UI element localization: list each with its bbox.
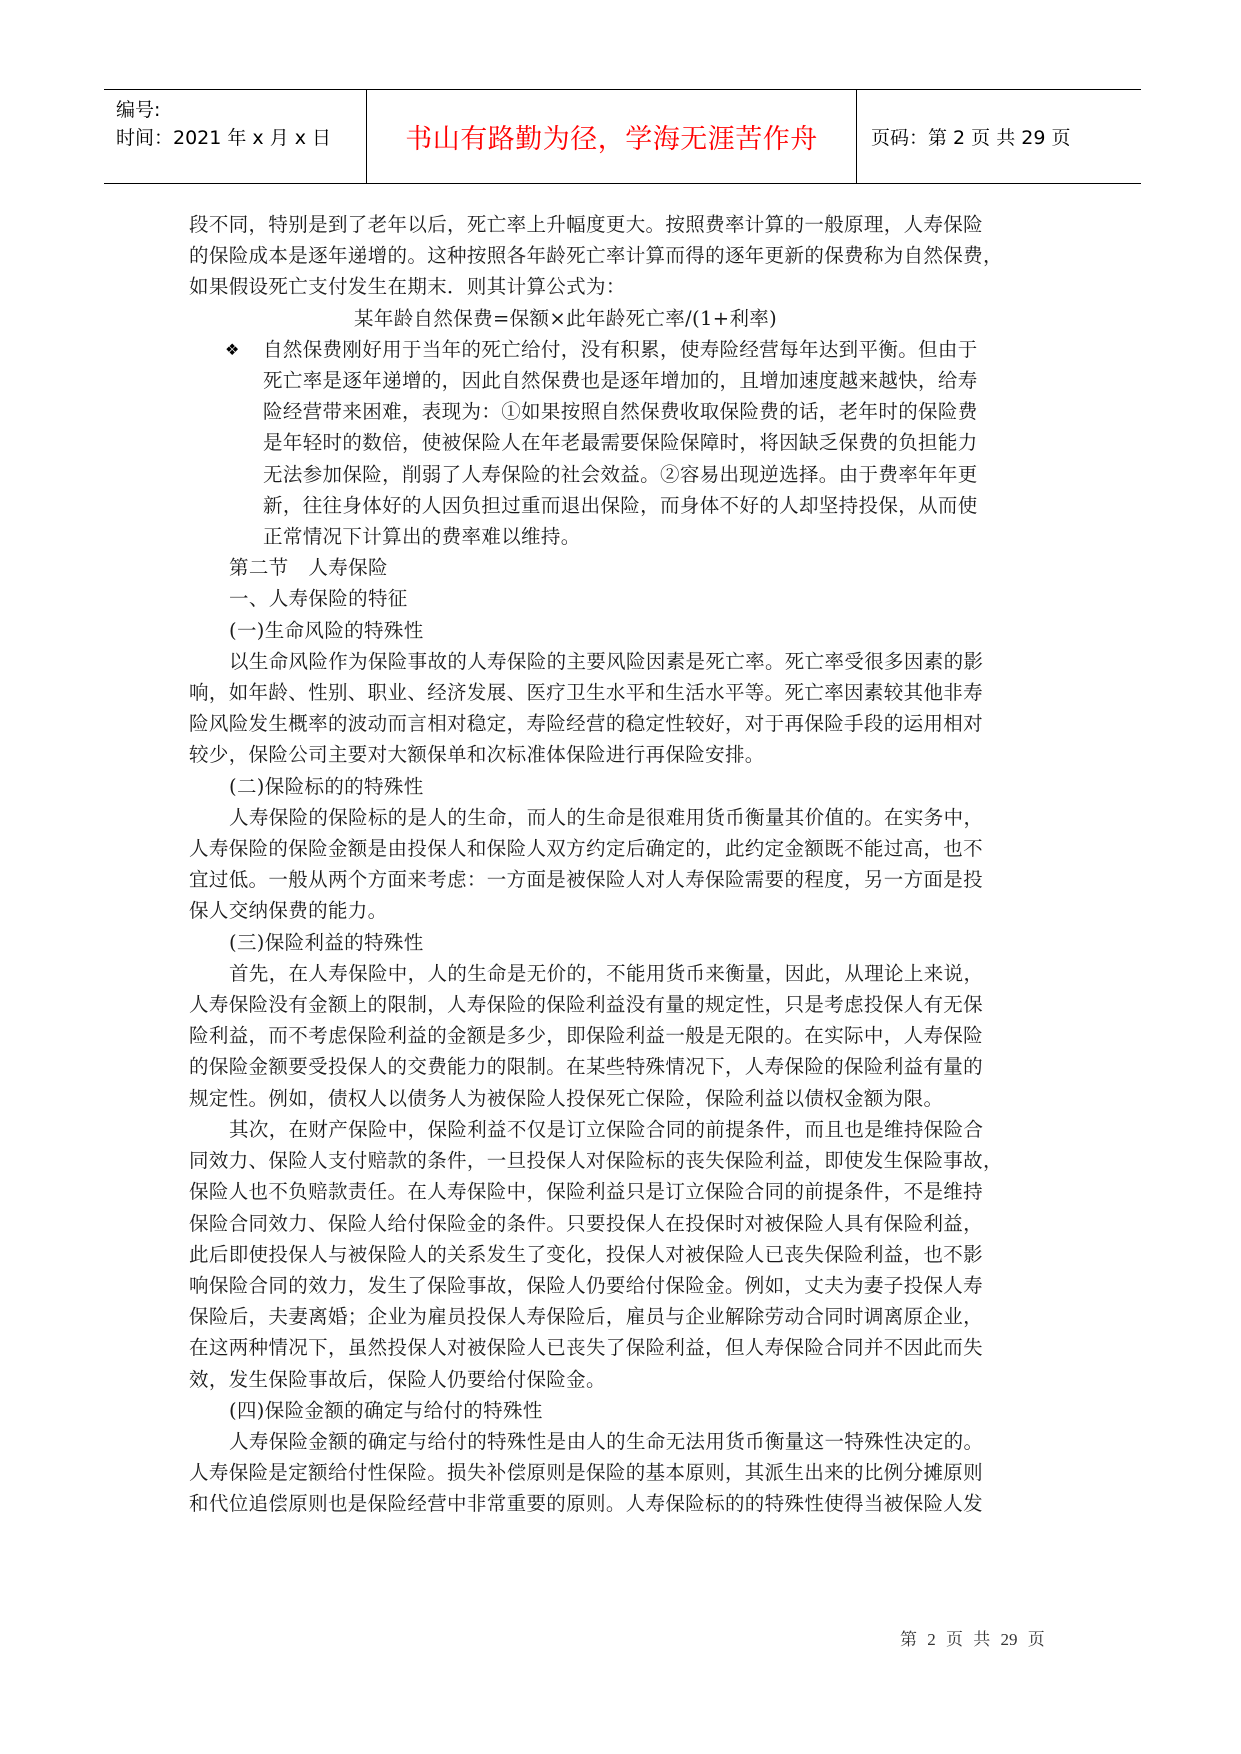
paragraph-line: 和代位追偿原则也是保险经营中非常重要的原则。人寿保险标的的特殊性使得当被保险人发 [189,1488,1069,1519]
paragraph-line: 险利益，而不考虑保险利益的金额是多少，即保险利益一般是无限的。在实际中，人寿保险 [189,1020,1069,1051]
paragraph-line: 人寿保险没有金额上的限制，人寿保险的保险利益没有量的规定性，只是考虑投保人有无保 [189,989,1069,1020]
bullet-line: 自然保费刚好用于当年的死亡给付，没有积累，使寿险经营每年达到平衡。但由于 [263,334,1069,365]
bullet-line: 新，往往身体好的人因负担过重而退出保险，而身体不好的人却坚持投保，从而使 [263,490,1069,521]
paragraph-line: 宜过低。一般从两个方面来考虑：一方面是被保险人对人寿保险需要的程度，另一方面是投 [189,864,1069,895]
paragraph-line: 以生命风险作为保险事故的人寿保险的主要风险因素是死亡率。死亡率受很多因素的影 [189,646,1069,677]
bullet-line: 无法参加保险，削弱了人寿保险的社会效益。②容易出现逆选择。由于费率年年更 [263,459,1069,490]
paragraph-line: 人寿保险是定额给付性保险。损失补偿原则是保险的基本原则，其派生出来的比例分摊原则 [189,1457,1069,1488]
header-page-info: 页码：第 2 页 共 29 页 [857,90,1141,183]
paragraph-line: 较少，保险公司主要对大额保单和次标准体保险进行再保险安排。 [189,739,1069,770]
paragraph-line: 如果假设死亡支付发生在期末．则其计算公式为： [189,271,1069,302]
page-footer: 第 2 页 共 29 页 [900,1625,1045,1650]
diamond-bullet-icon: ❖ [225,334,239,365]
paragraph-line: 险风险发生概率的波动而言相对稳定，寿险经营的稳定性较好，对于再保险手段的运用相对 [189,708,1069,739]
item-title: (二)保险标的的特殊性 [189,771,1069,802]
formula: 某年龄自然保费=保额×此年龄死亡率/(1+利率) [189,303,1069,334]
bullet-line: 险经营带来困难，表现为：①如果按照自然保费收取保险费的话，老年时的保险费 [263,396,1069,427]
paragraph-line: 人寿保险金额的确定与给付的特殊性是由人的生命无法用货币衡量这一特殊性决定的。 [189,1426,1069,1457]
bullet-item: ❖ 自然保费刚好用于当年的死亡给付，没有积累，使寿险经营每年达到平衡。但由于 死… [189,334,1069,552]
paragraph-line: 保险合同效力、保险人给付保险金的条件。只要投保人在投保时对被保险人具有保险利益， [189,1208,1069,1239]
paragraph-line: 响，如年龄、性别、职业、经济发展、医疗卫生水平和生活水平等。死亡率因素较其他非寿 [189,677,1069,708]
item-title: (三)保险利益的特殊性 [189,927,1069,958]
item-title: (一)生命风险的特殊性 [189,615,1069,646]
paragraph-line: 规定性。例如，债权人以债务人为被保险人投保死亡保险，保险利益以债权金额为限。 [189,1083,1069,1114]
paragraph-line: 保险后，夫妻离婚；企业为雇员投保人寿保险后，雇员与企业解除劳动合同时调离原企业， [189,1301,1069,1332]
paragraph-line: 人寿保险的保险标的是人的生命，而人的生命是很难用货币衡量其价值的。在实务中， [189,802,1069,833]
paragraph-line: 保险人也不负赔款责任。在人寿保险中，保险利益只是订立保险合同的前提条件，不是维持 [189,1176,1069,1207]
bullet-line: 正常情况下计算出的费率难以维持。 [263,521,1069,552]
paragraph-line: 的保险金额要受投保人的交费能力的限制。在某些特殊情况下，人寿保险的保险利益有量的 [189,1051,1069,1082]
document-body: 段不同，特别是到了老年以后，死亡率上升幅度更大。按照费率计算的一般原理，人寿保险… [189,209,1069,1520]
paragraph-line: 首先，在人寿保险中，人的生命是无价的，不能用货币来衡量，因此，从理论上来说， [189,958,1069,989]
paragraph-line: 在这两种情况下，虽然投保人对被保险人已丧失了保险利益，但人寿保险合同并不因此而失 [189,1332,1069,1363]
bullet-line: 死亡率是逐年递增的，因此自然保费也是逐年增加的，且增加速度越来越快，给寿 [263,365,1069,396]
document-number-label: 编号: [116,96,366,124]
paragraph-line: 同效力、保险人支付赔款的条件，一旦投保人对保险标的丧失保险利益，即使发生保险事故… [189,1145,1069,1176]
subsection-title: 一、人寿保险的特征 [189,583,1069,614]
section-title: 第二节 人寿保险 [189,552,1069,583]
paragraph-line: 其次，在财产保险中，保险利益不仅是订立保险合同的前提条件，而且也是维持保险合 [189,1114,1069,1145]
paragraph-line: 效，发生保险事故后，保险人仍要给付保险金。 [189,1364,1069,1395]
paragraph-line: 保人交纳保费的能力。 [189,895,1069,926]
paragraph-line: 响保险合同的效力，发生了保险事故，保险人仍要给付保险金。例如，丈夫为妻子投保人寿 [189,1270,1069,1301]
document-header: 编号: 时间：2021 年 x 月 x 日 书山有路勤为径，学海无涯苦作舟 页码… [104,89,1141,184]
paragraph-line: 人寿保险的保险金额是由投保人和保险人双方约定后确定的，此约定金额既不能过高，也不 [189,833,1069,864]
item-title: (四)保险金额的确定与给付的特殊性 [189,1395,1069,1426]
paragraph-line: 的保险成本是逐年递增的。这种按照各年龄死亡率计算而得的逐年更新的保费称为自然保费… [189,240,1069,271]
bullet-line: 是年轻时的数倍，使被保险人在年老最需要保险保障时，将因缺乏保费的负担能力 [263,427,1069,458]
header-meta: 编号: 时间：2021 年 x 月 x 日 [104,90,367,183]
header-motto: 书山有路勤为径，学海无涯苦作舟 [367,90,857,183]
document-time-label: 时间：2021 年 x 月 x 日 [116,124,366,152]
paragraph-line: 段不同，特别是到了老年以后，死亡率上升幅度更大。按照费率计算的一般原理，人寿保险 [189,209,1069,240]
paragraph-line: 此后即使投保人与被保险人的关系发生了变化，投保人对被保险人已丧失保险利益，也不影 [189,1239,1069,1270]
